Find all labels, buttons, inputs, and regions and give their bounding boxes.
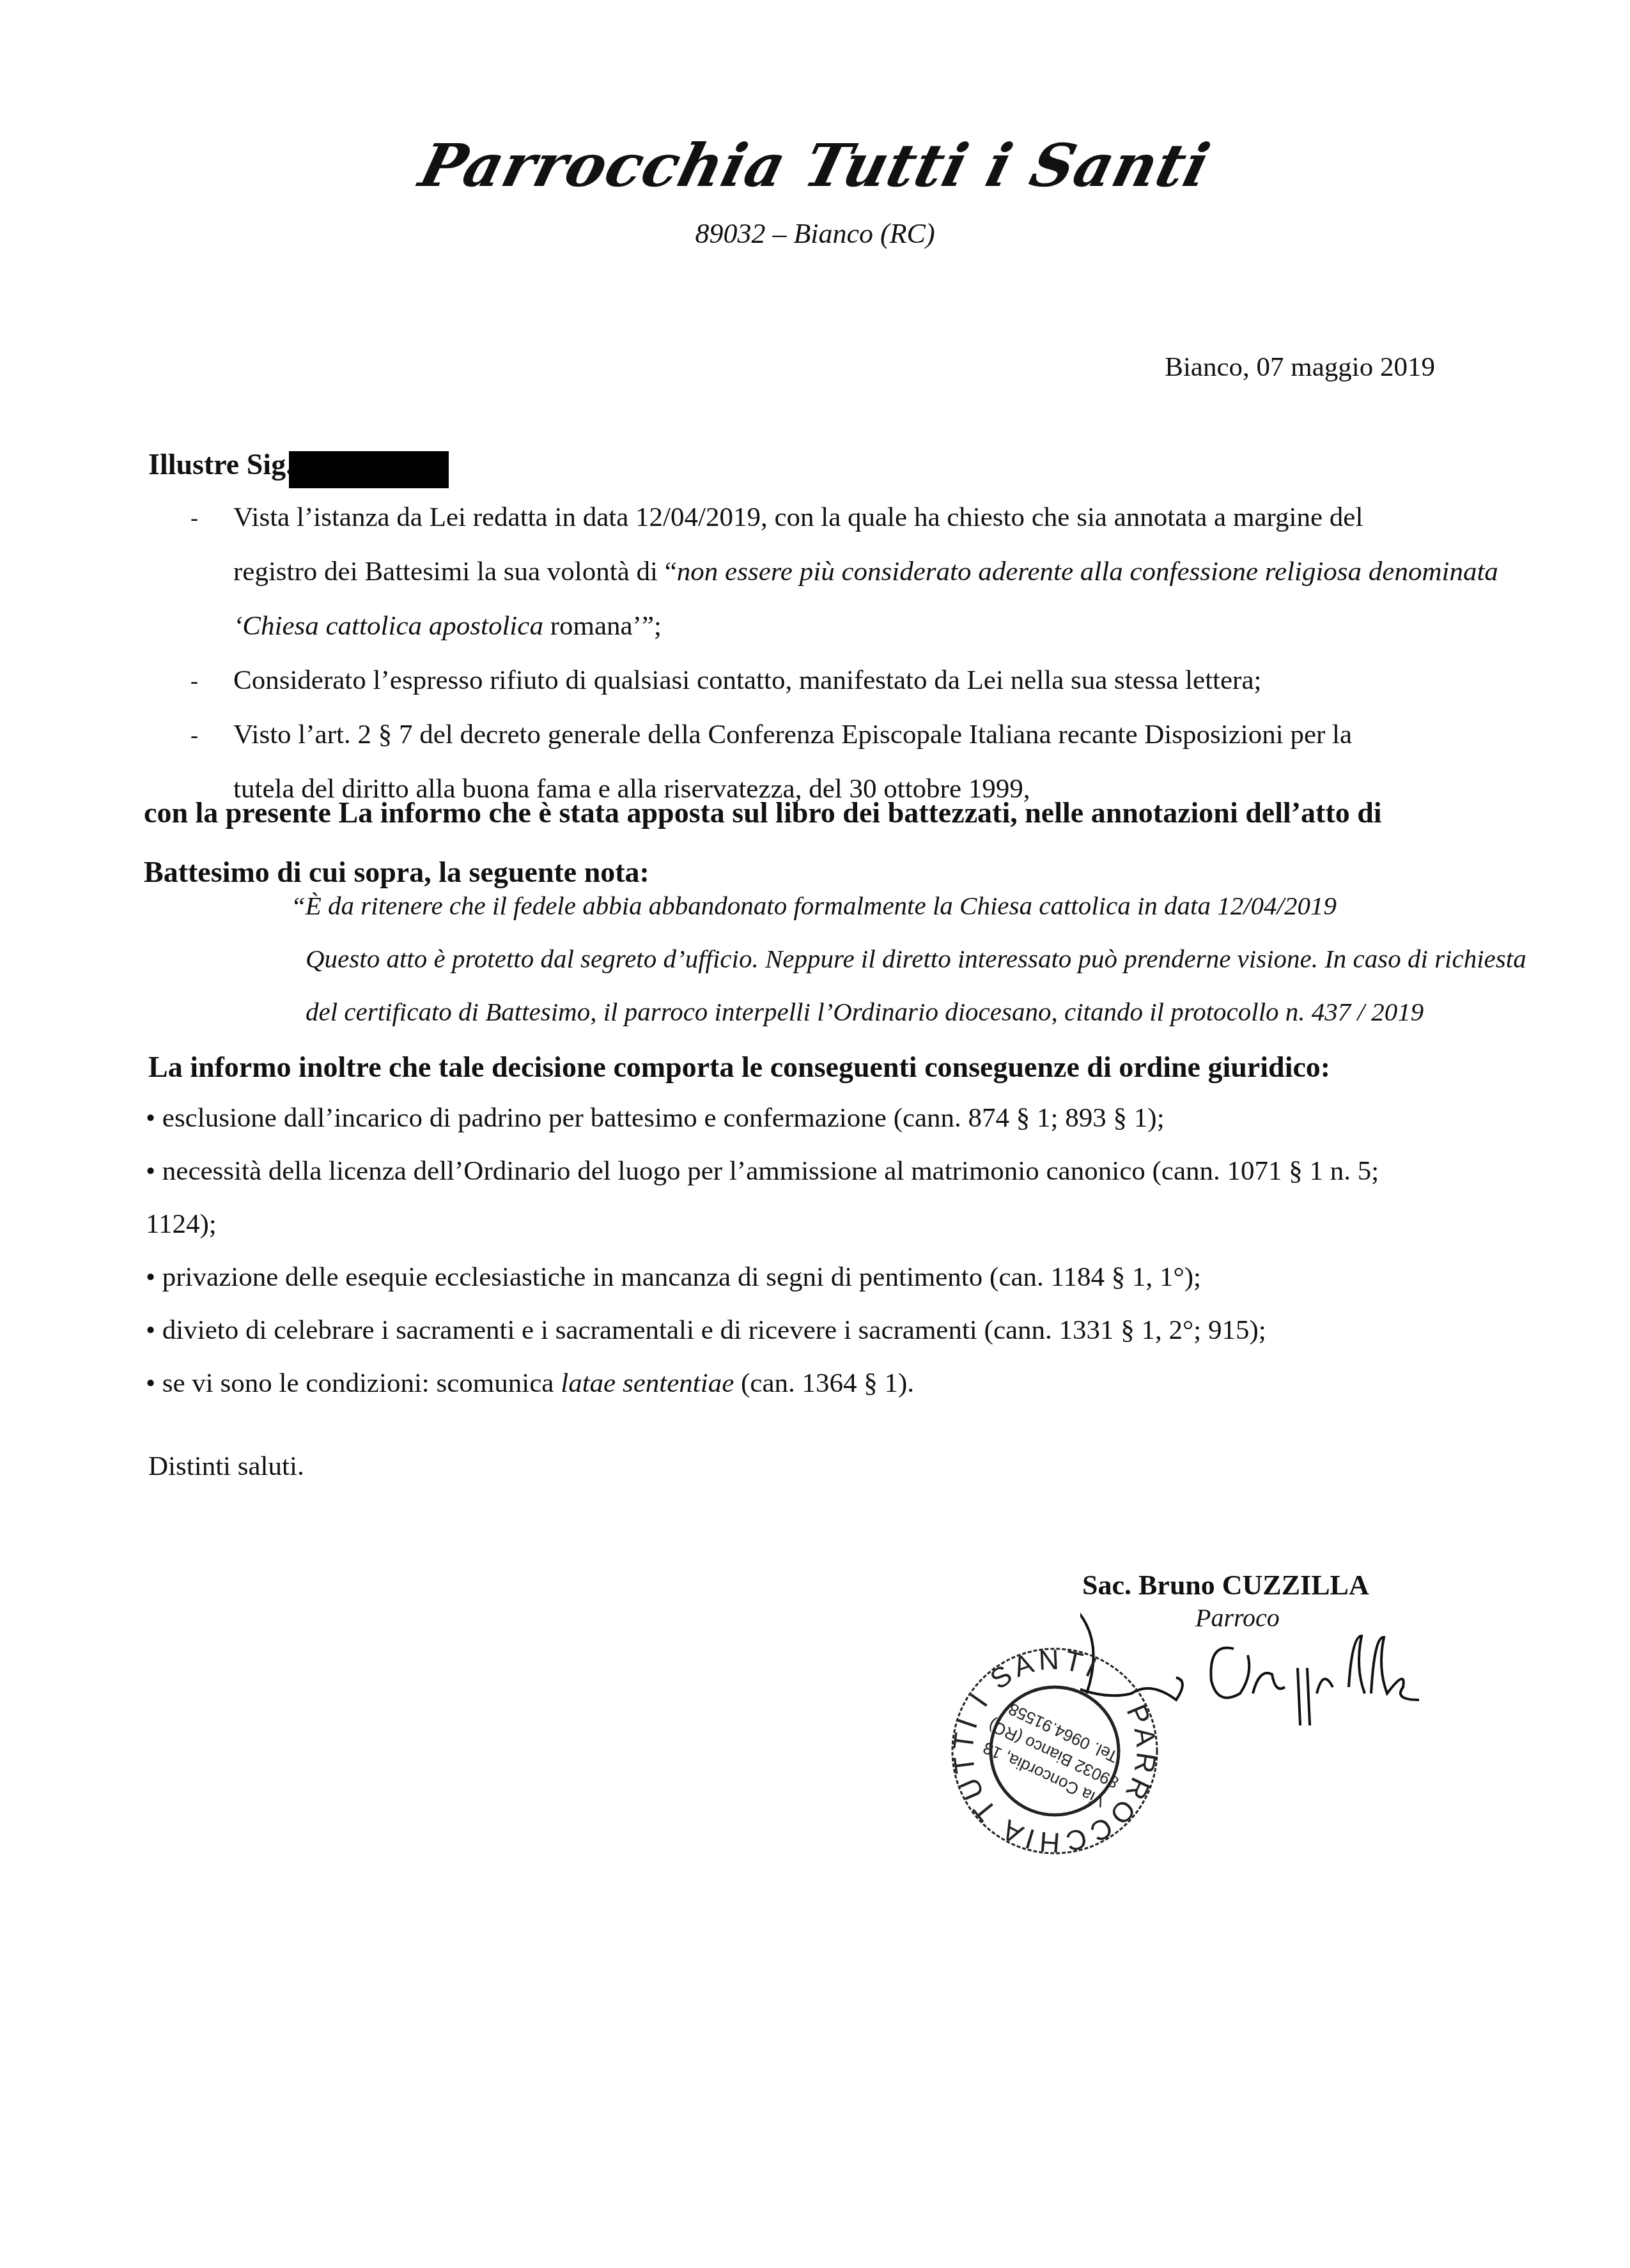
italic-text: non essere più considerato aderente alla… bbox=[677, 557, 1498, 587]
consideration-line: Visto l’art. 2 § 7 del decreto generale … bbox=[233, 719, 1352, 750]
letterhead-title: Parrocchia Tutti i Santi bbox=[0, 131, 1630, 200]
consideration-dash-marker: - bbox=[190, 504, 198, 531]
text: romana’”; bbox=[543, 611, 662, 641]
text: registro dei Battesimi la sua volontà di… bbox=[233, 557, 677, 587]
consequences-heading: La informo inoltre che tale decisione co… bbox=[148, 1050, 1330, 1084]
text: • privazione delle esequie ecclesiastich… bbox=[146, 1262, 1201, 1292]
consideration-line: ‘Chiesa cattolica apostolica romana’”; bbox=[233, 610, 662, 642]
text: • se vi sono le condizioni: scomunica bbox=[146, 1368, 561, 1398]
italic-text: ‘Chiesa cattolica apostolica bbox=[233, 611, 543, 641]
salutation: Illustre Sig. bbox=[148, 447, 293, 481]
consequence-item: 1124); bbox=[146, 1208, 217, 1240]
parish-stamp: PARROCCHIA TUTTI I SANTI Via Concordia, … bbox=[946, 1642, 1163, 1860]
text: Visto l’art. 2 § 7 del decreto generale … bbox=[233, 720, 1352, 750]
quoted-note-line: Questo atto è protetto dal segreto d’uff… bbox=[306, 943, 1526, 974]
text: • necessità della licenza dell’Ordinario… bbox=[146, 1156, 1379, 1186]
signatory-name: Sac. Bruno CUZZILLA bbox=[1082, 1569, 1369, 1601]
text: 1124); bbox=[146, 1209, 217, 1239]
text: • divieto di celebrare i sacramenti e i … bbox=[146, 1315, 1266, 1345]
consideration-dash-marker: - bbox=[190, 721, 198, 748]
text: (can. 1364 § 1). bbox=[734, 1368, 914, 1398]
consideration-line: Considerato l’espresso rifiuto di qualsi… bbox=[233, 665, 1261, 696]
quoted-note-line: “È da ritenere che il fedele abbia abban… bbox=[291, 890, 1337, 921]
consequence-item: • se vi sono le condizioni: scomunica la… bbox=[146, 1368, 914, 1399]
redacted-recipient-name bbox=[289, 451, 449, 488]
consequence-item: • divieto di celebrare i sacramenti e i … bbox=[146, 1315, 1266, 1346]
consideration-line: registro dei Battesimi la sua volontà di… bbox=[233, 556, 1498, 587]
consequence-item: • esclusione dall’incarico di padrino pe… bbox=[146, 1102, 1165, 1134]
text: • esclusione dall’incarico di padrino pe… bbox=[146, 1103, 1165, 1133]
italic-text: latae sententiae bbox=[561, 1368, 734, 1398]
notice-line: Battesimo di cui sopra, la seguente nota… bbox=[144, 855, 649, 889]
letterhead-address: 89032 – Bianco (RC) bbox=[0, 217, 1630, 250]
text: Considerato l’espresso rifiuto di qualsi… bbox=[233, 665, 1261, 695]
consideration-line: Vista l’istanza da Lei redatta in data 1… bbox=[233, 502, 1363, 533]
closing-salutation: Distinti saluti. bbox=[148, 1451, 304, 1482]
text: Vista l’istanza da Lei redatta in data 1… bbox=[233, 502, 1363, 532]
quoted-note-line: del certificato di Battesimo, il parroco… bbox=[306, 996, 1424, 1027]
consequence-item: • necessità della licenza dell’Ordinario… bbox=[146, 1155, 1379, 1187]
date-line: Bianco, 07 maggio 2019 bbox=[1165, 351, 1435, 383]
notice-line: con la presente La informo che è stata a… bbox=[144, 796, 1382, 829]
consequence-item: • privazione delle esequie ecclesiastich… bbox=[146, 1261, 1201, 1293]
consideration-dash-marker: - bbox=[190, 667, 198, 694]
